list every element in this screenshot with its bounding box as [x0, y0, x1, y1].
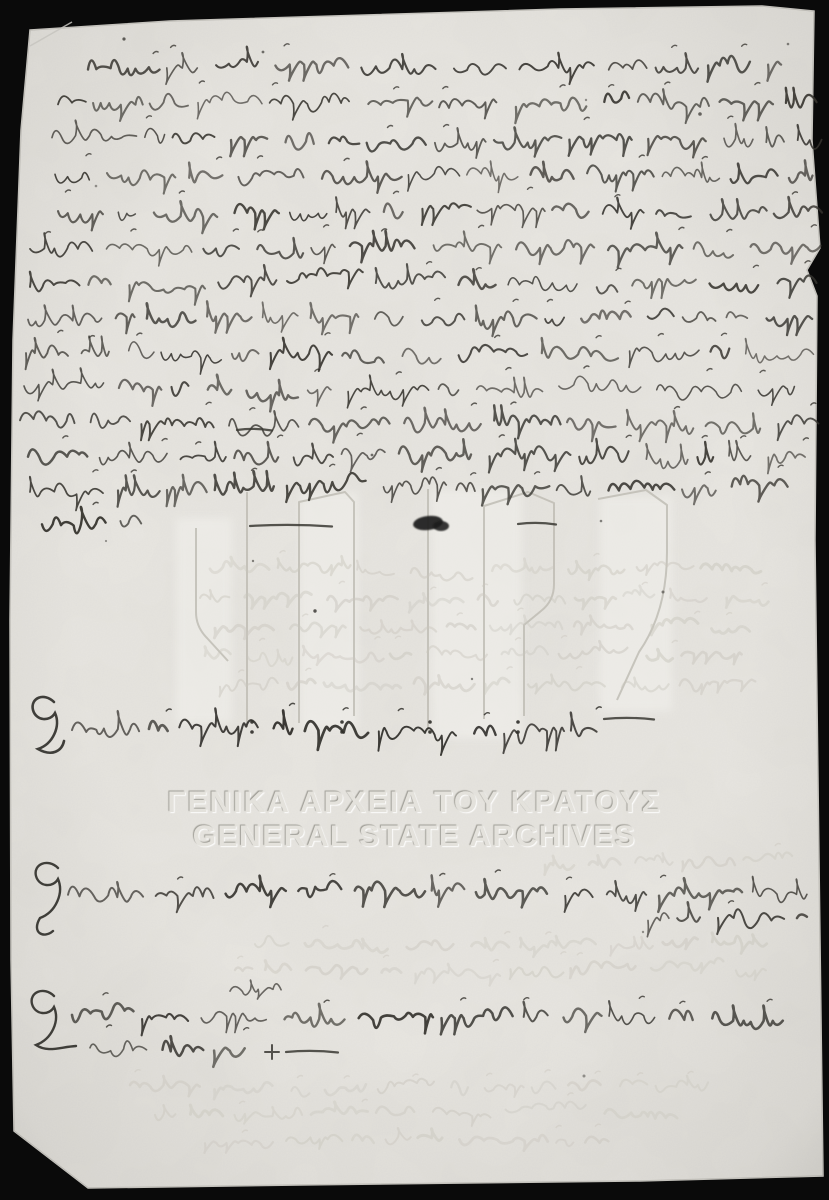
- scan-background: ΓΕΝΙΚΑ ΑΡΧΕΙΑ ΤΟΥ ΚΡΑΤΟΥΣ GENERAL STATE …: [0, 0, 829, 1200]
- archive-watermark-greek: ΓΕΝΙΚΑ ΑΡΧΕΙΑ ΤΟΥ ΚΡΑΤΟΥΣ: [0, 786, 829, 820]
- paper-layer: [0, 0, 829, 1200]
- archive-watermark-english: GENERAL STATE ARCHIVES: [0, 820, 829, 854]
